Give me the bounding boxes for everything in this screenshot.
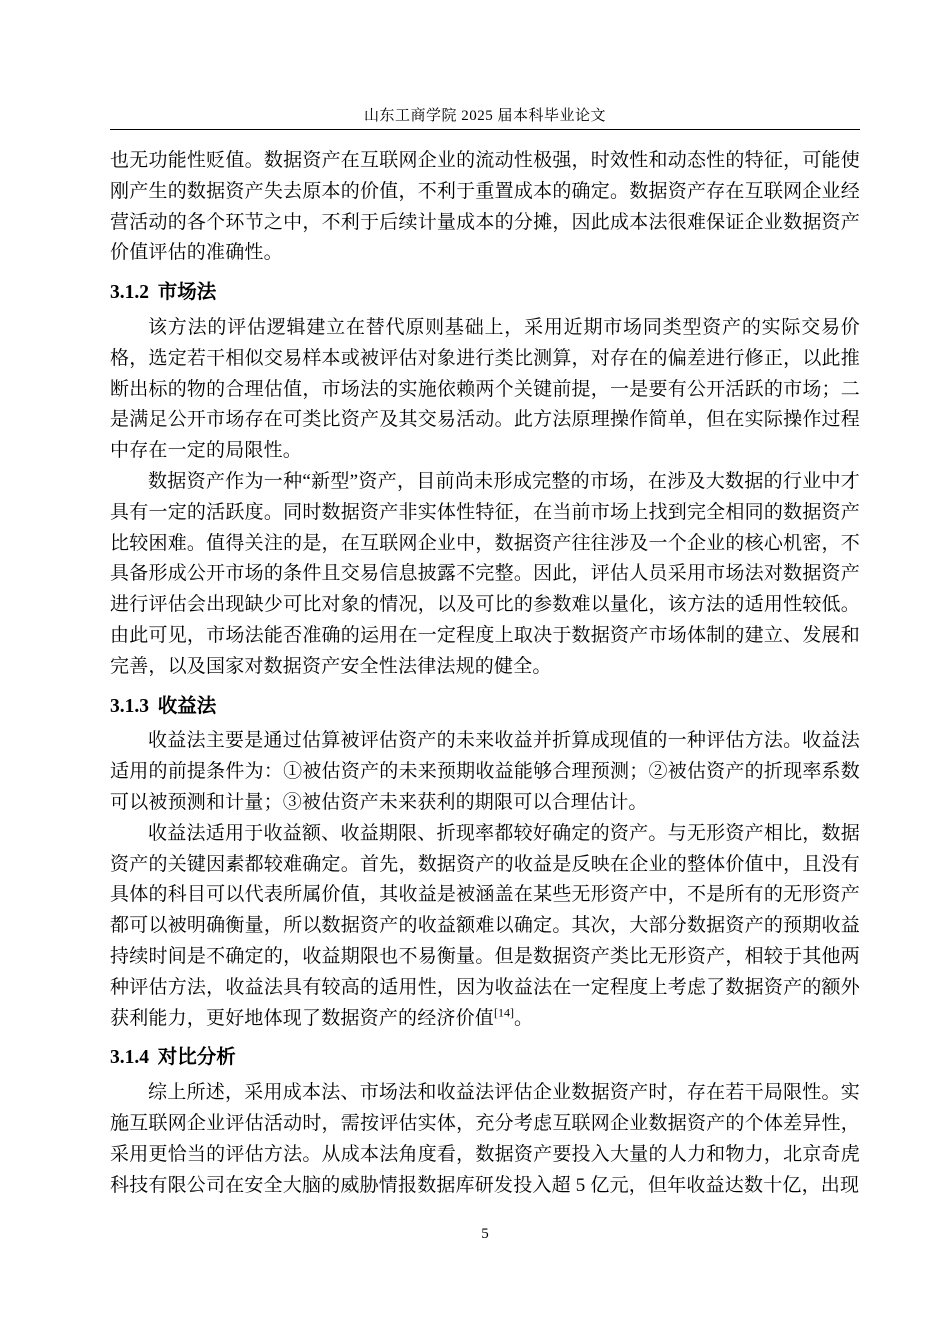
paragraph-compare-1: 综上所述，采用成本法、市场法和收益法评估企业数据资产时，存在若干局限性。实施互联… bbox=[110, 1078, 860, 1201]
paragraph-market-1: 该方法的评估逻辑建立在替代原则基础上，采用近期市场同类型资产的实际交易价格，选定… bbox=[110, 313, 860, 467]
heading-number: 3.1.3 bbox=[110, 696, 149, 717]
paragraph-income-2-tail: 。 bbox=[514, 1008, 533, 1029]
paragraph-income-2: 收益法适用于收益额、收益期限、折现率都较好确定的资产。与无形资产相比，数据资产的… bbox=[110, 819, 860, 1035]
running-header: 山东工商学院 2025 届本科毕业论文 bbox=[110, 106, 860, 130]
paragraph-cost-continuation: 也无功能性贬值。数据资产在互联网企业的流动性极强，时效性和动态性的特征，可能使刚… bbox=[110, 146, 860, 269]
paragraph-market-2: 数据资产作为一种“新型”资产，目前尚未形成完整的市场，在涉及大数据的行业中才具有… bbox=[110, 467, 860, 683]
section-heading-income: 3.1.3收益法 bbox=[110, 691, 860, 723]
paragraph-income-1: 收益法主要是通过估算被评估资产的未来收益并折算成现值的一种评估方法。收益法适用的… bbox=[110, 726, 860, 818]
paragraph-income-2-text: 收益法适用于收益额、收益期限、折现率都较好确定的资产。与无形资产相比，数据资产的… bbox=[110, 823, 860, 1029]
content-column: 山东工商学院 2025 届本科毕业论文 也无功能性贬值。数据资产在互联网企业的流… bbox=[110, 0, 860, 1201]
heading-title: 市场法 bbox=[158, 281, 217, 303]
heading-title: 收益法 bbox=[158, 695, 217, 717]
thesis-page: 山东工商学院 2025 届本科毕业论文 也无功能性贬值。数据资产在互联网企业的流… bbox=[0, 0, 950, 1344]
section-heading-compare: 3.1.4对比分析 bbox=[110, 1042, 860, 1074]
heading-title: 对比分析 bbox=[158, 1046, 236, 1068]
section-heading-market: 3.1.2市场法 bbox=[110, 277, 860, 309]
heading-number: 3.1.4 bbox=[110, 1047, 149, 1068]
citation-ref-14: [14] bbox=[494, 1005, 514, 1019]
body-text: 也无功能性贬值。数据资产在互联网企业的流动性极强，时效性和动态性的特征，可能使刚… bbox=[110, 146, 860, 1201]
page-number: 5 bbox=[110, 1224, 860, 1244]
heading-number: 3.1.2 bbox=[110, 282, 149, 303]
